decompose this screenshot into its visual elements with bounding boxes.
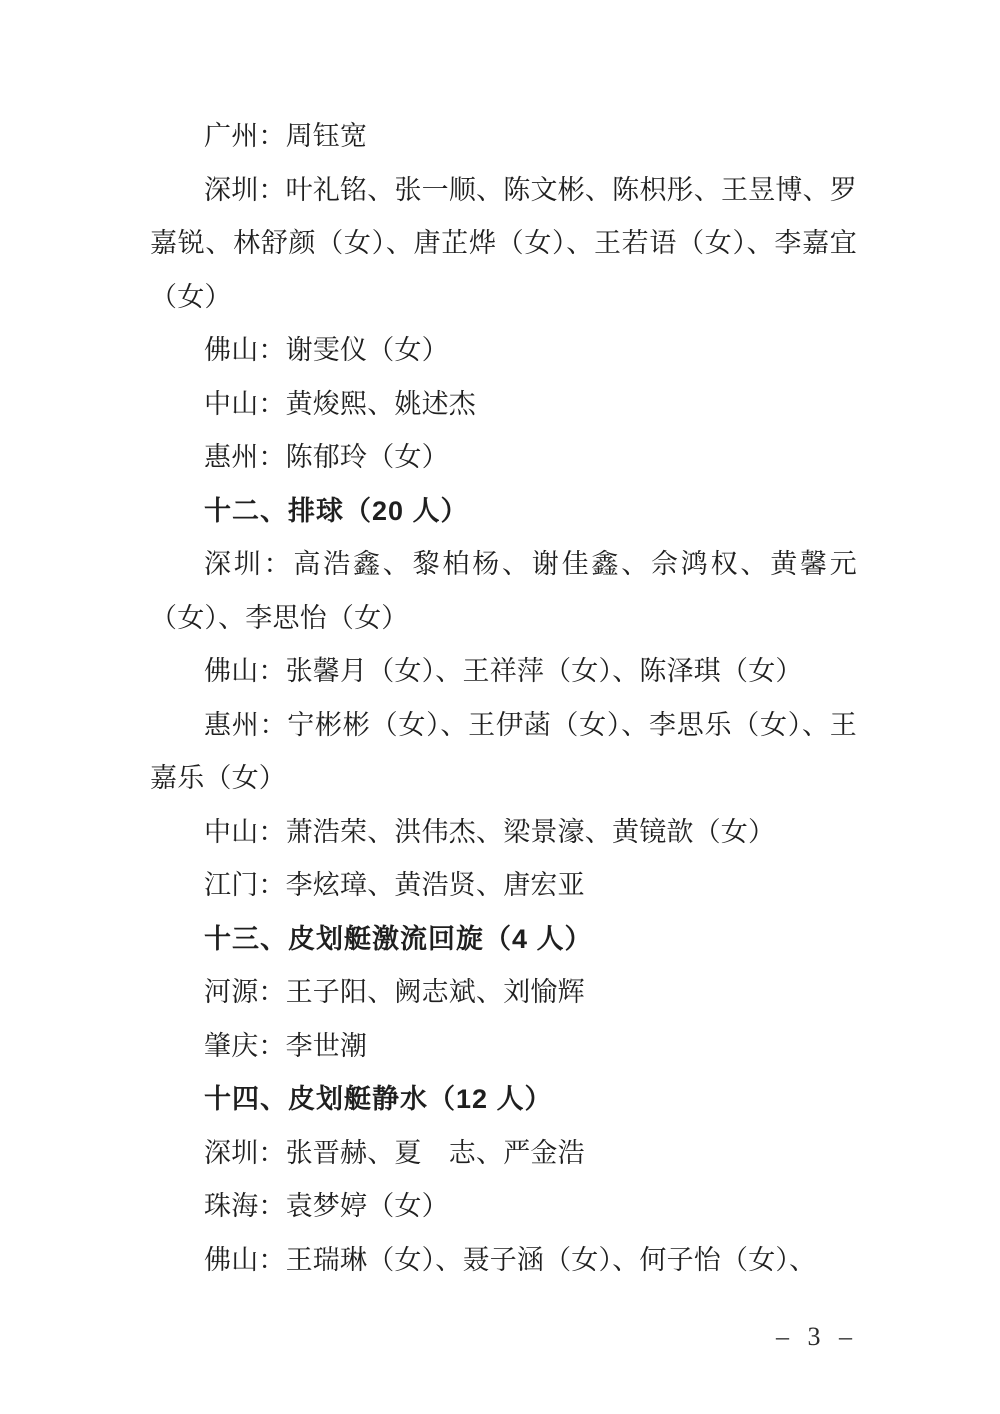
roster-entry-zhaoqing-canoe-slalom: 肇庆：李世潮 [150,1020,857,1074]
document-page: 广州：周钰宽 深圳：叶礼铭、张一顺、陈文彬、陈枳彤、王昱博、罗嘉锐、林舒颜（女）… [0,0,1000,1414]
page-number: – 3 – [776,1322,858,1352]
roster-entry-huizhou-fencing: 惠州：陈郁玲（女） [150,431,857,485]
roster-entry-zhuhai-canoe-sprint: 珠海：袁梦婷（女） [150,1180,857,1234]
roster-entry-foshan-canoe-sprint: 佛山：王瑞琳（女）、聂子涵（女）、何子怡（女）、 [150,1234,857,1288]
document-body: 广州：周钰宽 深圳：叶礼铭、张一顺、陈文彬、陈枳彤、王昱博、罗嘉锐、林舒颜（女）… [150,110,857,1287]
roster-entry-jiangmen-volleyball: 江门：李炫璋、黄浩贤、唐宏亚 [150,859,857,913]
roster-entry-zhongshan-fencing: 中山：黄焌熙、姚述杰 [150,378,857,432]
roster-entry-huizhou-volleyball: 惠州：宁彬彬（女）、王伊菡（女）、李思乐（女）、王嘉乐（女） [150,699,857,806]
roster-entry-foshan-fencing: 佛山：谢雯仪（女） [150,324,857,378]
roster-entry-shenzhen-fencing: 深圳：叶礼铭、张一顺、陈文彬、陈枳彤、王昱博、罗嘉锐、林舒颜（女）、唐芷烨（女）… [150,164,857,325]
section-heading-canoe-sprint: 十四、皮划艇静水（12 人） [150,1073,857,1127]
roster-entry-shenzhen-volleyball: 深圳：高浩鑫、黎柏杨、谢佳鑫、佘鸿权、黄馨元（女）、李思怡（女） [150,538,857,645]
section-heading-volleyball: 十二、排球（20 人） [150,485,857,539]
roster-entry-guangzhou-fencing: 广州：周钰宽 [150,110,857,164]
roster-entry-zhongshan-volleyball: 中山：萧浩荣、洪伟杰、梁景濠、黄镜歆（女） [150,806,857,860]
section-heading-canoe-slalom: 十三、皮划艇激流回旋（4 人） [150,913,857,967]
roster-entry-foshan-volleyball: 佛山：张馨月（女）、王祥萍（女）、陈泽琪（女） [150,645,857,699]
roster-entry-heyuan-canoe-slalom: 河源：王子阳、阙志斌、刘愉辉 [150,966,857,1020]
roster-entry-shenzhen-canoe-sprint: 深圳：张晋赫、夏 志、严金浩 [150,1127,857,1181]
